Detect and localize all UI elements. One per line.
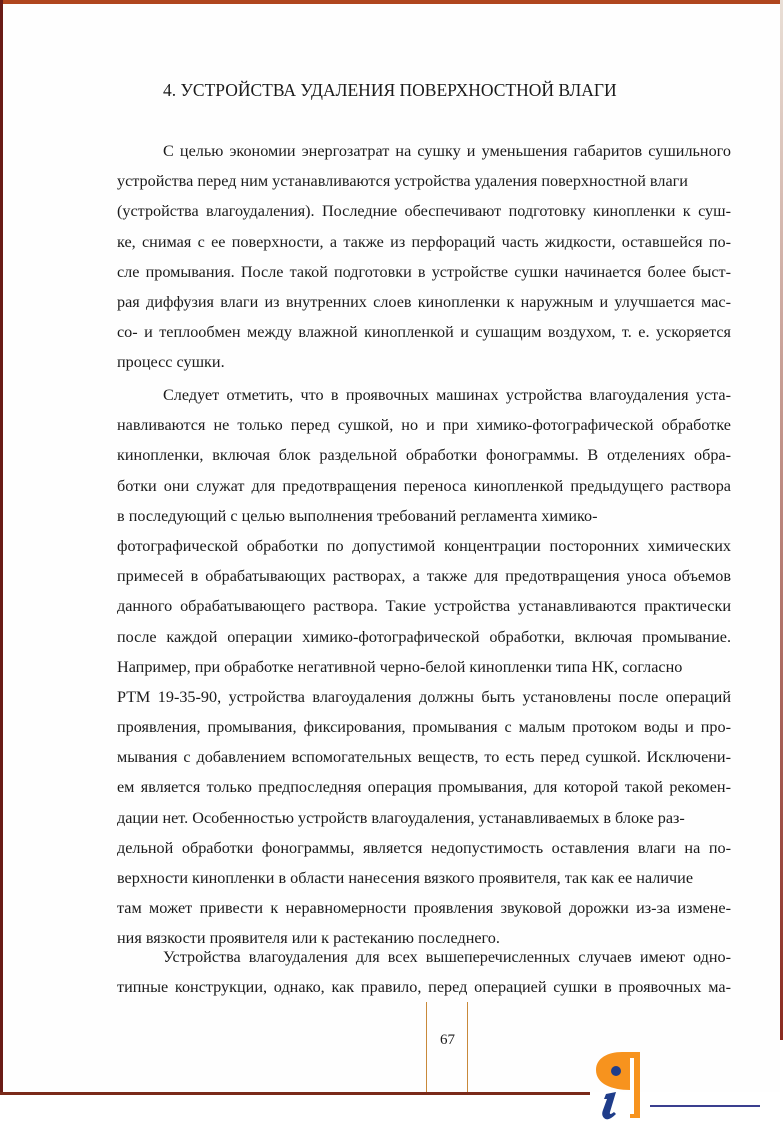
text-line: Следует отметить, что в проявочных машин… <box>117 380 731 410</box>
text-line: (устройства влагоудаления). Последние об… <box>117 196 731 226</box>
text-line: дельной обработки фонограммы, является н… <box>117 833 731 863</box>
text-line: навливаются не только перед сушкой, но и… <box>117 410 731 440</box>
text-line: верхности кинопленки в области нанесения… <box>117 863 731 893</box>
text-line: фотографической обработки по допустимой … <box>117 531 731 561</box>
text-line: Устройства влагоудаления для всех вышепе… <box>117 942 731 972</box>
section-heading: 4. УСТРОЙСТВА УДАЛЕНИЯ ПОВЕРХНОСТНОЙ ВЛА… <box>163 80 617 101</box>
text-line: Например, при обработке негативной черно… <box>117 652 731 682</box>
text-line: данного обрабатывающего раствора. Такие … <box>117 591 731 621</box>
text-line: после каждой операции химико-фотографиче… <box>117 622 731 652</box>
text-line: со- и теплообмен между влажной кинопленк… <box>117 317 731 347</box>
text-line: типные конструкции, однако, как правило,… <box>117 972 731 1002</box>
text-line: дации нет. Особенностью устройств влагоу… <box>117 803 731 833</box>
text-line: С целью экономии энергозатрат на сушку и… <box>117 136 731 166</box>
text-line: РТМ 19-35-90, устройства влагоудаления д… <box>117 682 731 712</box>
text-line: мывания с добавлением вспомогательных ве… <box>117 742 731 772</box>
text-line: сле промывания. После такой подготовки в… <box>117 257 731 287</box>
text-line: там может привести к неравномерности про… <box>117 893 731 923</box>
text-line: ке, снимая с ее поверхности, а также из … <box>117 227 731 257</box>
text-line: устройства перед ним устанавливаются уст… <box>117 166 731 196</box>
text-line: ем является только предпоследняя операци… <box>117 772 731 802</box>
text-line: в последующий с целью выполнения требова… <box>117 501 731 531</box>
logo-underline <box>650 1105 760 1107</box>
paragraph-1: С целью экономии энергозатрат на сушку и… <box>117 136 731 378</box>
paragraph-2: Следует отметить, что в проявочных машин… <box>117 380 731 954</box>
text-line: кинопленки, включая блок раздельной обра… <box>117 440 731 470</box>
page-number: 67 <box>440 1032 455 1049</box>
text-line: проявления, промывания, фиксирования, пр… <box>117 712 731 742</box>
text-line: процесс сушки. <box>117 347 731 377</box>
info-paragraph-logo-icon <box>592 1050 642 1120</box>
scan-edge-bottom <box>0 1092 590 1095</box>
paragraph-3: Устройства влагоудаления для всех вышепе… <box>117 942 731 1002</box>
text-line: ботки они служат для предотвращения пере… <box>117 471 731 501</box>
text-line: примесей в обрабатывающих растворах, а т… <box>117 561 731 591</box>
text-line: рая диффузия влаги из внутренних слоев к… <box>117 287 731 317</box>
